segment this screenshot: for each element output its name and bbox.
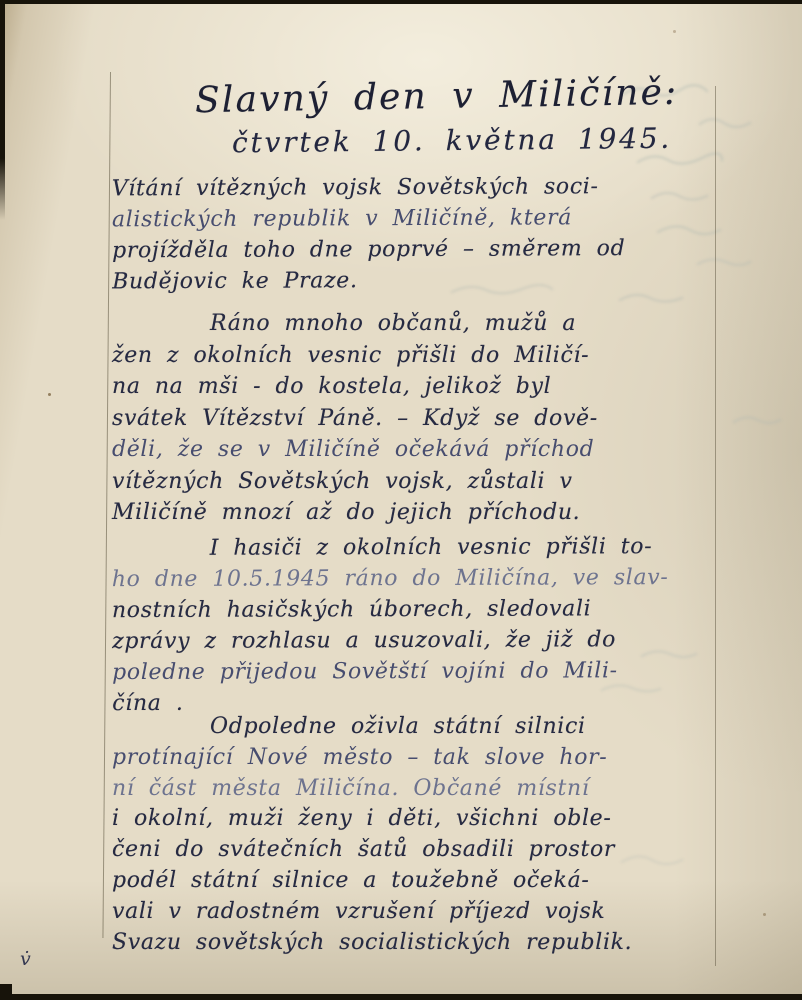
- handwritten-line: Vítání vítězných vojsk Sovětských soci-: [112, 174, 724, 208]
- dust-speck: [673, 30, 676, 33]
- chronicle-page-photo: Slavný den v Miličíně: čtvrtek 10. květn…: [0, 0, 802, 1000]
- handwritten-line: ní část města Miličína. Občané místní: [112, 776, 724, 807]
- handwritten-line: Budějovic ke Praze.: [112, 267, 724, 301]
- handwritten-line: projížděla toho dne poprvé – směrem od: [112, 236, 724, 270]
- handwritten-line: podél státní silnice a toužebně očeká-: [112, 868, 724, 899]
- handwritten-line: vali v radostném vzrušení příjezd vojsk: [112, 899, 724, 930]
- handwritten-line: poledne přijedou Sovětští vojíni do Mili…: [112, 658, 724, 691]
- handwritten-line: Ráno mnoho občanů, mužů a: [112, 311, 724, 343]
- handwritten-line: Svazu sovětských socialistických republi…: [112, 930, 724, 961]
- photo-edge-top: [0, 0, 802, 4]
- handwritten-line: zprávy z rozhlasu a usuzovali, že již do: [112, 627, 724, 660]
- handwritten-line: na na mši - do kostela, jelikož byl: [112, 374, 724, 406]
- photo-edge-left: [0, 0, 5, 220]
- handwritten-line: I hasiči z okolních vesnic přišli to-: [112, 534, 724, 567]
- handwritten-line: i okolní, muži ženy i děti, všichni oble…: [112, 806, 724, 837]
- paragraph-4: Odpoledne oživla státní silnici protínaj…: [112, 714, 724, 960]
- handwritten-line: děli, že se v Miličíně očekává příchod: [112, 437, 724, 469]
- page-title: Slavný den v Miličíně:: [195, 72, 679, 121]
- handwritten-line: vítězných Sovětských vojsk, zůstali v: [112, 469, 724, 501]
- paragraph-2: Ráno mnoho občanů, mužů a žen z okolních…: [112, 311, 724, 532]
- handwritten-line: žen z okolních vesnic přišli do Miličí-: [112, 343, 724, 375]
- dust-speck: [48, 393, 51, 396]
- handwritten-line: Odpoledne oživla státní silnici: [112, 714, 724, 745]
- handwritten-line: alistických republik v Miličíně, která: [112, 205, 724, 239]
- dust-speck: [763, 913, 766, 916]
- handwritten-line: svátek Vítězství Páně. – Když se dově-: [112, 406, 724, 438]
- margin-mark: v̇: [20, 948, 31, 970]
- paragraph-1: Vítání vítězných vojsk Sovětských soci- …: [112, 174, 725, 301]
- handwritten-line: Miličíně mnozí až do jejich příchodu.: [112, 500, 724, 532]
- paragraph-3: I hasiči z okolních vesnic přišli to- ho…: [112, 534, 725, 722]
- handwritten-line: čeni do svátečních šatů obsadili prostor: [112, 837, 724, 868]
- photo-edge-corner: [0, 984, 12, 1000]
- photo-edge-bottom: [0, 994, 802, 1000]
- date-line: čtvrtek 10. května 1945.: [232, 122, 672, 160]
- handwritten-line: ho dne 10.5.1945 ráno do Miličína, ve sl…: [112, 565, 724, 598]
- handwritten-line: protínající Nové město – tak slove hor-: [112, 745, 724, 776]
- handwritten-line: nostních hasičských úborech, sledovali: [112, 596, 724, 629]
